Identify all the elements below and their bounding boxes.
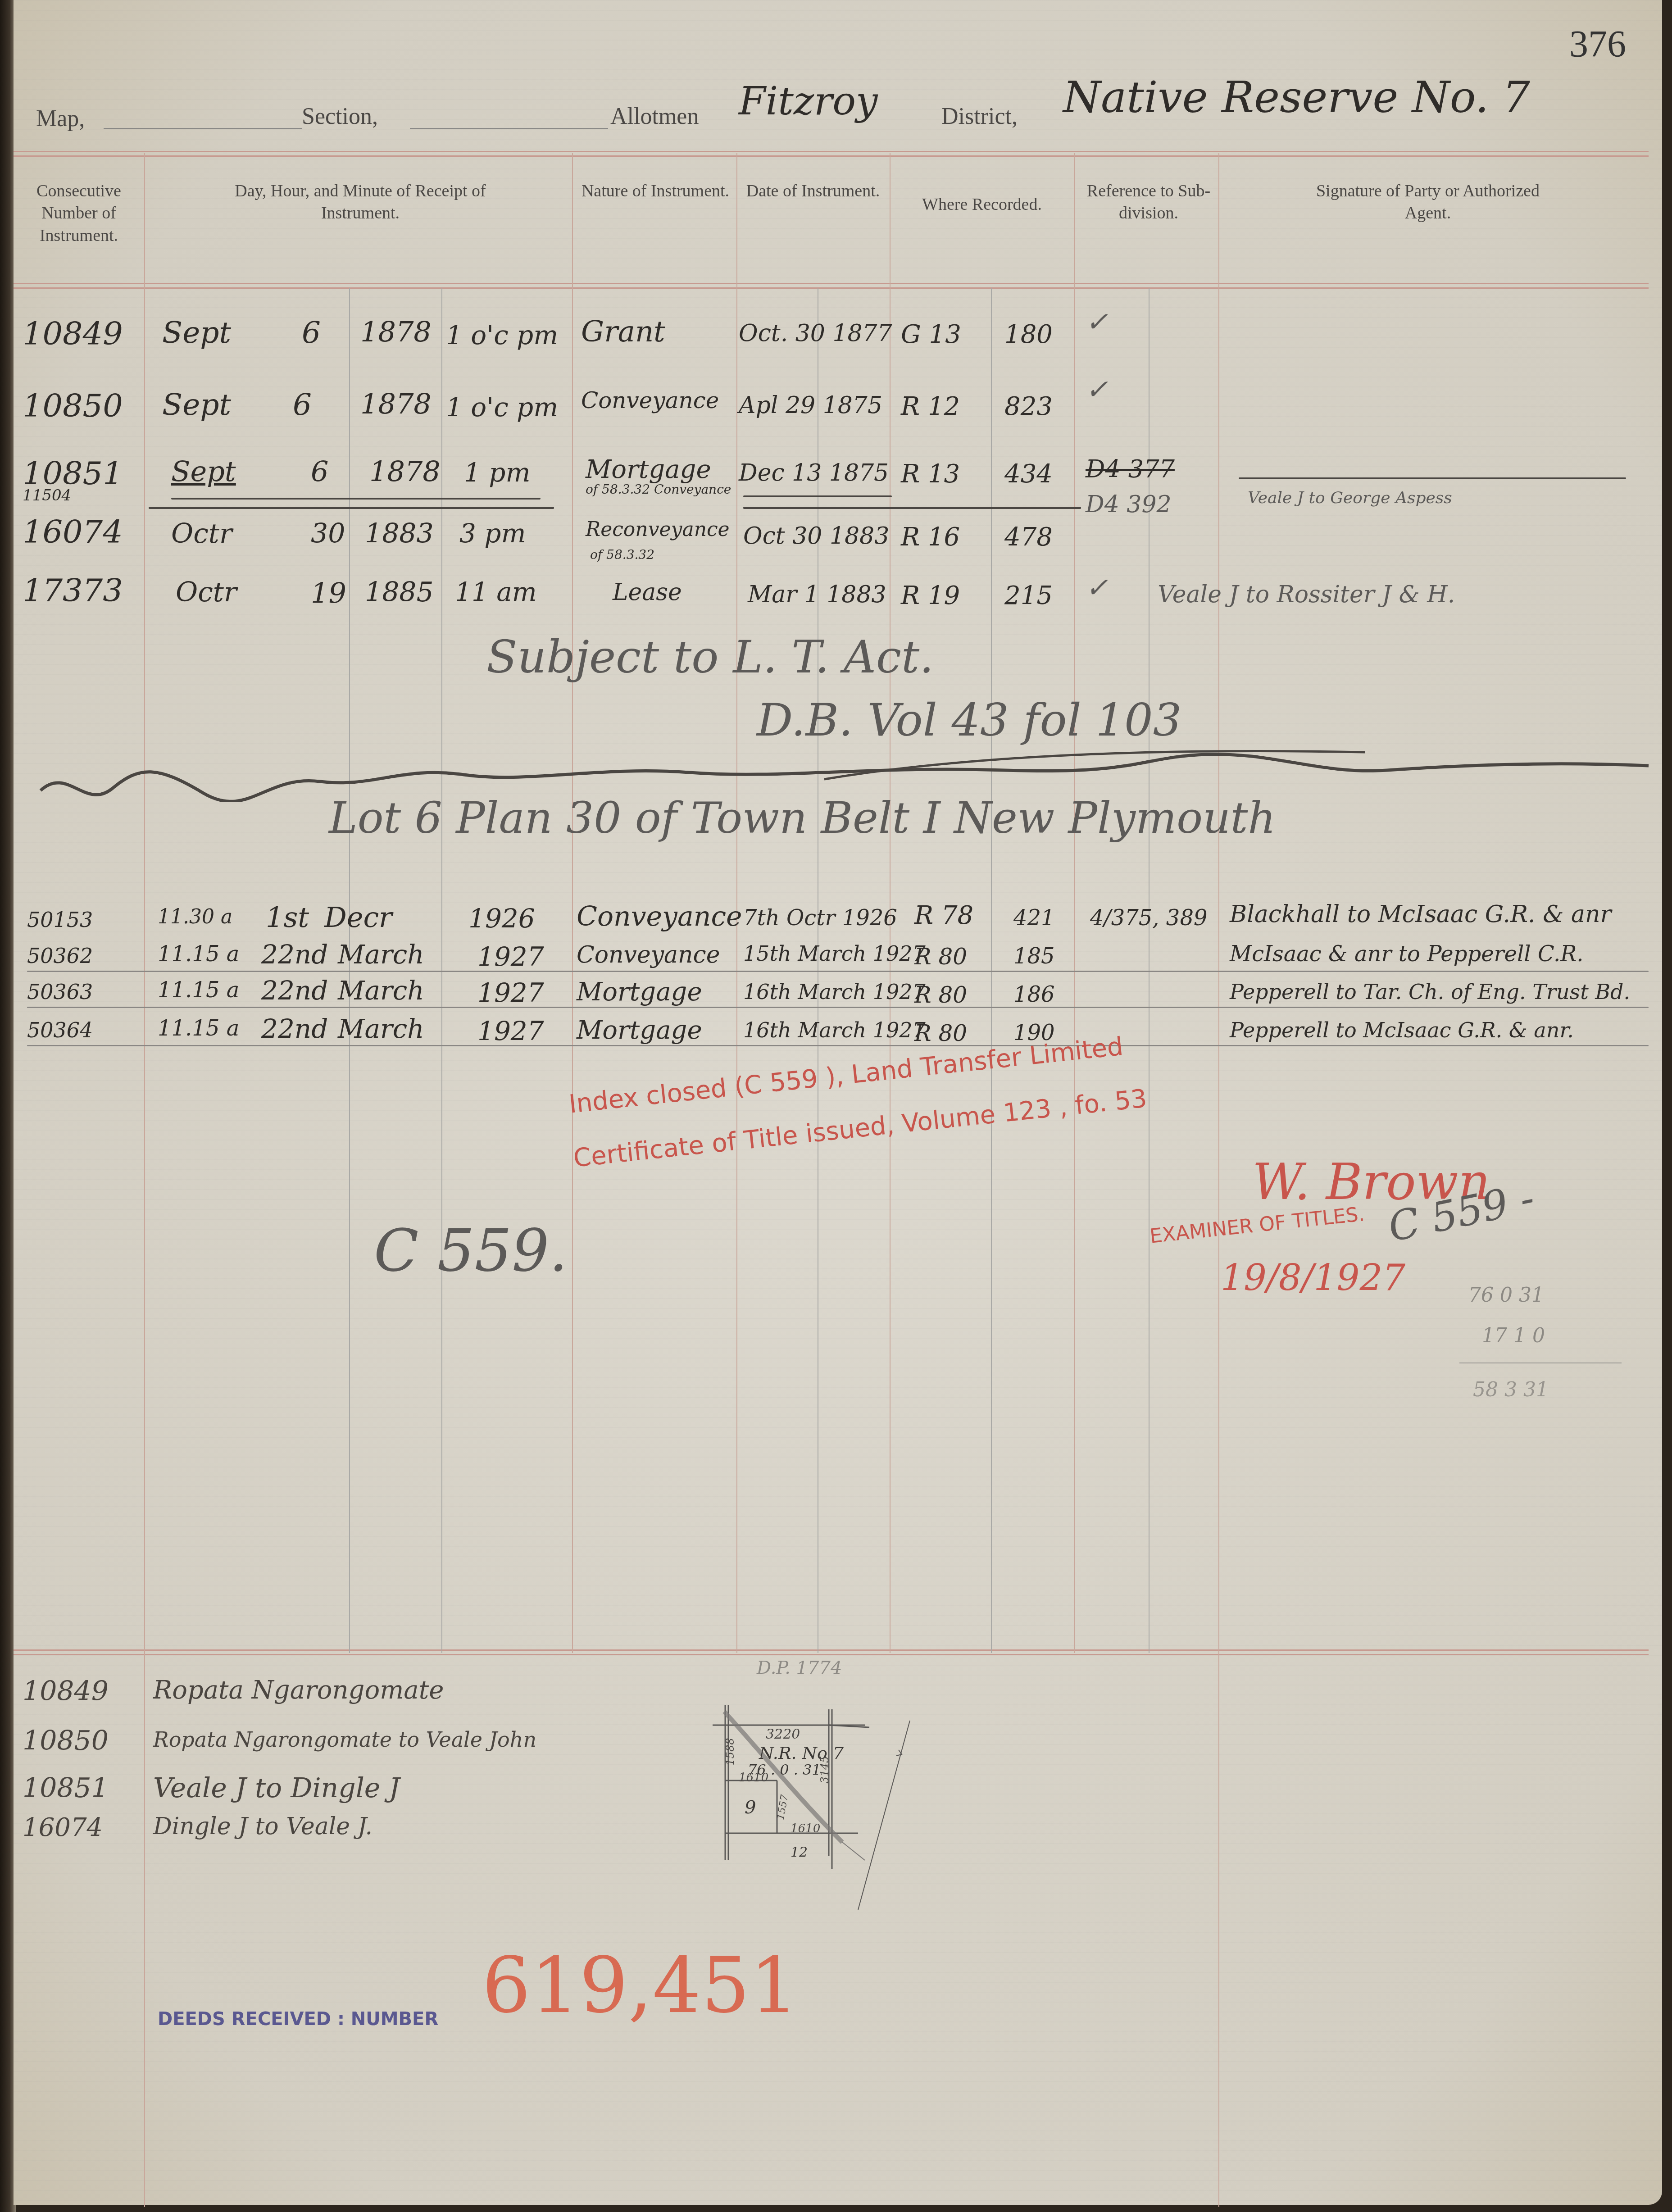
plan-bottom-dimension: 1610 xyxy=(791,1822,820,1835)
entry-number: 50362 xyxy=(27,944,93,968)
col-header-receipt: Day, Hour, and Minute of Receipt of Inst… xyxy=(203,180,518,225)
entry-day: 1st xyxy=(266,901,309,934)
summary-text: Veale J to Dingle J xyxy=(153,1772,400,1804)
entry-day: 30 xyxy=(311,518,345,550)
col-divider xyxy=(572,153,573,1653)
entry-signature: McIsaac & anr to Pepperell C.R. xyxy=(1230,941,1584,967)
strike-line xyxy=(743,495,892,497)
plan-inner-top-dimension: 1610 xyxy=(739,1771,768,1785)
subject-note: Subject to L. T. Act. xyxy=(486,631,934,683)
plan-reserve-label: N.R. No 7 xyxy=(759,1743,844,1763)
entry-signature: Pepperell to McIsaac G.R. & anr. xyxy=(1230,1018,1574,1042)
entry-month: Sept xyxy=(171,455,236,488)
col-header-signature: Signature of Party or Authorized Agent. xyxy=(1306,180,1549,225)
entry-nature: Grant xyxy=(581,315,665,349)
entry-month: March xyxy=(338,975,424,1006)
entry-month: March xyxy=(338,1013,424,1044)
entry-number: 50153 xyxy=(27,908,93,932)
entry-nature-note-below: of 58.3.32 xyxy=(590,547,654,562)
plan-top-dimension: 3220 xyxy=(766,1726,800,1742)
entry-nature: Mortgage xyxy=(577,1016,702,1045)
entry-date: 7th Octr 1926 xyxy=(743,905,897,931)
area-sum-line xyxy=(1459,1363,1622,1363)
entry-rec-folio: 478 xyxy=(1004,522,1053,552)
col-header-date: Date of Instrument. xyxy=(745,180,881,202)
entry-nature: Mortgage xyxy=(577,977,702,1007)
map-blank xyxy=(104,128,302,129)
entry-signature: Blackhall to McIsaac G.R. & anr xyxy=(1230,901,1611,928)
plan-right-dimension: 3145 xyxy=(818,1756,831,1783)
entry-reference: ✓ xyxy=(1086,572,1108,604)
col-header-number: Consecutive Number of Instrument. xyxy=(14,180,144,247)
entry-year: 1927 xyxy=(477,1016,544,1046)
entry-day: 6 xyxy=(311,455,328,488)
entry-time: 11.15 a xyxy=(158,941,239,967)
entry-date: Oct 30 1883 xyxy=(743,522,889,550)
summary-text: Ropata Ngarongomate xyxy=(153,1676,444,1705)
header-rule-2 xyxy=(14,155,1649,157)
strike-line xyxy=(171,498,541,500)
deeds-received-number: 619,451 xyxy=(482,1941,799,2030)
entry-rec-folio: 823 xyxy=(1004,392,1053,421)
plan-left-dimension: 1588 xyxy=(724,1738,736,1765)
entry-number: 10849 xyxy=(23,315,123,352)
entry-year: 1878 xyxy=(360,387,432,420)
c-reference-left: C 559. xyxy=(374,1216,568,1285)
entry-date: Apl 29 1875 xyxy=(739,392,882,419)
entry-prefix: 11504 xyxy=(23,486,71,504)
entry-time: 11 am xyxy=(455,577,537,607)
entry-rec-folio: 421 xyxy=(1013,905,1055,931)
entry-year: 1883 xyxy=(365,518,434,550)
divider-ink xyxy=(149,507,554,509)
page-number: 376 xyxy=(1569,23,1626,66)
entry-rec-book: R 80 xyxy=(914,1020,967,1046)
deeds-received-stamp: DEEDS RECEIVED : NUMBER xyxy=(158,2009,438,2030)
summary-number: 10849 xyxy=(23,1676,109,1707)
entry-month: Decr xyxy=(324,901,392,934)
plan-lot-9: 9 xyxy=(745,1797,756,1818)
entry-time: 11.30 a xyxy=(158,905,232,928)
summary-text: Ropata Ngarongomate to Veale John xyxy=(153,1727,536,1752)
entry-rec-book: R 19 xyxy=(901,581,960,610)
col-divider xyxy=(890,153,891,1653)
map-label: Map, xyxy=(36,104,85,134)
entry-year: 1927 xyxy=(477,977,544,1008)
entry-month: Octr xyxy=(171,518,232,550)
entry-rec-folio: 180 xyxy=(1004,320,1053,349)
col-header-nature: Nature of Instrument. xyxy=(581,180,730,202)
entry-rec-book: R 80 xyxy=(914,944,967,970)
entry-day: 22nd xyxy=(261,939,328,970)
lot-heading: Lot 6 Plan 30 of Town Belt I New Plymout… xyxy=(329,793,1276,843)
entry-year: 1878 xyxy=(360,315,432,348)
entry-reference: D4 392 xyxy=(1086,491,1172,518)
col-divider xyxy=(1218,153,1219,2207)
entry-day: 6 xyxy=(293,387,312,422)
entry-month: Sept xyxy=(162,315,231,350)
entry-rec-book: R 13 xyxy=(901,459,960,489)
wavy-divider xyxy=(14,739,1662,802)
entry-number: 50364 xyxy=(27,1018,93,1042)
entry-date: Oct. 30 1877 xyxy=(739,320,892,347)
entry-number: 50363 xyxy=(27,980,93,1004)
entry-nature: Mortgage xyxy=(586,455,711,484)
entry-rec-book: R 80 xyxy=(914,982,967,1008)
entry-time: 3 pm xyxy=(459,518,526,549)
entry-date: 15th March 1927 xyxy=(743,941,926,966)
col-divider xyxy=(144,153,145,2207)
register-page: 376 Map, Section, Allotmen Fitzroy Distr… xyxy=(14,0,1662,2205)
entry-day: 22nd xyxy=(261,975,328,1006)
entry-rec-book: R 12 xyxy=(901,392,960,421)
plan-lot-12: 12 xyxy=(791,1844,808,1860)
section-blank xyxy=(410,128,608,129)
header-rule xyxy=(14,151,1649,152)
district-value: Native Reserve No. 7 xyxy=(1063,72,1530,123)
entry-date: 16th March 1927 xyxy=(743,1018,926,1042)
column-head-rule-2 xyxy=(14,287,1649,289)
entry-time: 1 o'c pm xyxy=(446,320,558,350)
row-rule xyxy=(27,1007,1649,1008)
area-line-1: 76 0 31 xyxy=(1468,1284,1544,1307)
entry-rec-folio: 434 xyxy=(1004,459,1053,489)
entry-number: 17373 xyxy=(23,572,123,609)
entry-year: 1926 xyxy=(468,903,535,934)
entry-day: 6 xyxy=(302,315,321,350)
entry-nature-note-above: of 58.3.32 Conveyance xyxy=(586,482,731,497)
plan-ref-note: D.P. 1774 xyxy=(757,1658,842,1678)
col-header-reference: Reference to Sub-division. xyxy=(1086,180,1212,225)
column-head-rule xyxy=(14,283,1649,284)
district-label: District, xyxy=(941,101,1018,132)
summary-text: Dingle J to Veale J. xyxy=(153,1813,373,1840)
row-rule xyxy=(27,971,1649,972)
entry-reference: ✓ xyxy=(1086,306,1108,338)
examiner-date: 19/8/1927 xyxy=(1221,1257,1405,1299)
entry-time: 1 pm xyxy=(464,457,530,488)
entry-date: 16th March 1927 xyxy=(743,980,926,1004)
allotment-value: Fitzroy xyxy=(739,79,878,124)
entry-rec-folio: 186 xyxy=(1013,982,1055,1007)
entry-rec-book: R 16 xyxy=(901,522,960,552)
entry-rec-folio: 215 xyxy=(1004,581,1053,610)
entry-date: Mar 1 1883 xyxy=(748,581,886,608)
area-total: 58 3 31 xyxy=(1473,1378,1549,1401)
allotment-label: Allotmen xyxy=(610,101,699,132)
summary-number: 16074 xyxy=(23,1813,103,1842)
entry-month: Sept xyxy=(162,387,231,422)
divider-ink xyxy=(1239,477,1626,479)
entry-signature: Veale J to Rossiter J & H. xyxy=(1158,581,1455,608)
entry-signature: Veale J to George Aspess xyxy=(1248,489,1452,507)
row-rule xyxy=(27,1045,1649,1046)
entry-rec-book: G 13 xyxy=(901,320,961,349)
entry-reference: 4/375, 389 xyxy=(1090,905,1207,931)
entry-date: Dec 13 1875 xyxy=(739,459,889,486)
entry-number: 10850 xyxy=(23,387,123,424)
entry-year: 1885 xyxy=(365,577,434,608)
entry-year: 1878 xyxy=(369,455,441,488)
area-line-2: 17 1 0 xyxy=(1482,1324,1545,1347)
entry-nature: Reconveyance xyxy=(586,518,730,541)
col-header-where: Where Recorded. xyxy=(896,194,1068,216)
entry-number: 16074 xyxy=(23,513,123,550)
entry-nature: Conveyance xyxy=(581,387,719,413)
entry-month: March xyxy=(338,939,424,970)
entry-year: 1927 xyxy=(477,941,544,972)
divider-ink xyxy=(743,507,1081,509)
entry-time: 11.15 a xyxy=(158,977,239,1003)
entry-reference: ✓ xyxy=(1086,374,1108,405)
entry-time: 1 o'c pm xyxy=(446,392,558,422)
col-divider xyxy=(1074,153,1075,1653)
entry-signature: Pepperell to Tar. Ch. of Eng. Trust Bd. xyxy=(1230,980,1630,1004)
entry-nature: Conveyance xyxy=(577,941,720,968)
entry-rec-book: R 78 xyxy=(914,901,973,930)
entry-day: 19 xyxy=(311,577,346,609)
entry-day: 22nd xyxy=(261,1013,328,1044)
entry-time: 11.15 a xyxy=(158,1016,239,1041)
entry-rec-folio: 185 xyxy=(1013,944,1055,969)
section-label: Section, xyxy=(302,101,378,132)
entry-nature: Lease xyxy=(613,579,682,606)
entry-nature: Conveyance xyxy=(577,901,742,932)
entry-reference: D4 377 xyxy=(1086,455,1175,483)
entry-month: Octr xyxy=(176,577,237,608)
summary-number: 10850 xyxy=(23,1725,109,1757)
summary-number: 10851 xyxy=(23,1772,109,1804)
